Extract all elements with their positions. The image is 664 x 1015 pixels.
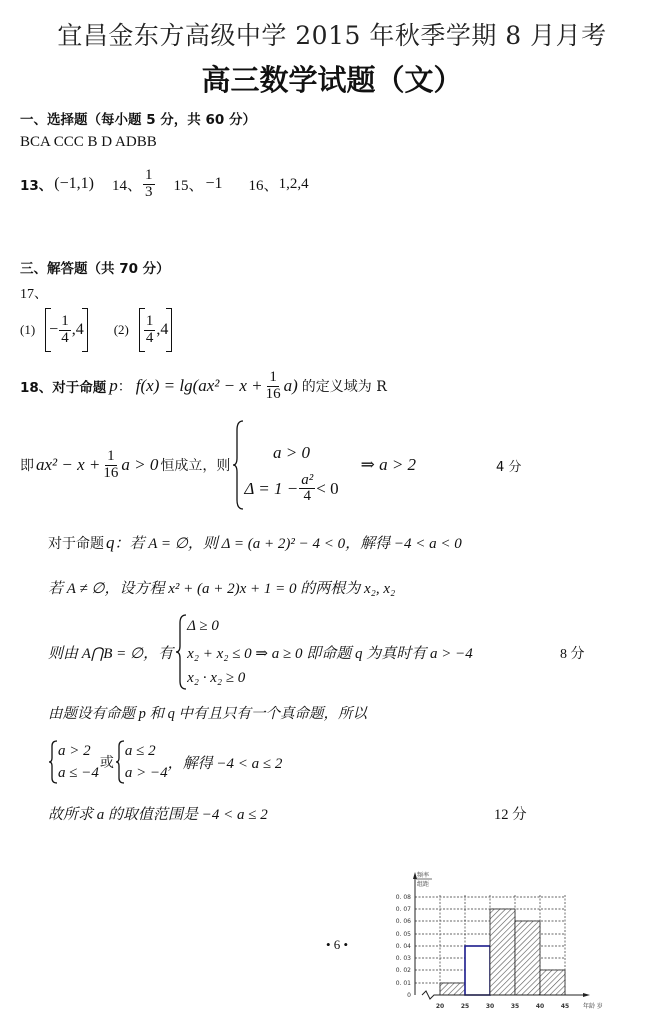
score-12: 12 分 [494,803,527,824]
q17-answers: (1) − 14 ,4 (2) 14 ,4 [20,308,172,352]
choice-answers: BCA CCC B D ADBB [20,134,157,151]
bar-25-30-highlighted [465,946,490,995]
q18-system-p: a > 0 Δ = 1 − a²4 < 0 [232,420,338,510]
q18-one-sixteenth: 116 [264,370,283,403]
svg-text:45: 45 [561,1003,569,1010]
bar-40-45 [540,970,565,995]
exam-subtitle: 高三数学试题（文） [0,58,664,99]
svg-text:0. 05: 0. 05 [396,931,411,938]
svg-text:25: 25 [461,1003,469,1010]
page-number: • 6 • [326,937,348,953]
x-tick-labels: 20 25 30 35 40 45 [436,1003,569,1010]
q17-part2-interval: 14 ,4 [139,308,173,352]
y-axis-label-top: 频率 [417,871,429,879]
q18-system-q: Δ ≥ 0 x₂ + x₂ ≤ 0 ⇒ a ≥ 0 即命题 q 为真时有 a >… [175,614,473,690]
system-b: a ≤ 2 a > −4 [115,740,168,784]
section3-heading: 三、解答题（共 70 分） [20,257,170,277]
bar-30-35 [490,909,515,995]
system-a: a > 2 a ≤ −4 [48,740,99,784]
q16-value: 1,2,4 [279,176,309,193]
score-8: 8 分 [560,643,585,663]
svg-text:30: 30 [486,1003,494,1010]
q17-part2-label: (2) [114,322,129,338]
q17-label: 17、 [20,283,48,303]
score-4: 4 分 [496,456,521,475]
svg-text:40: 40 [536,1003,544,1010]
q17-part1-interval: − 14 ,4 [45,308,88,352]
y-tick-labels: 0. 08 0. 07 0. 06 0. 05 0. 04 0. 03 0. 0… [396,894,411,999]
q15-value: −1 [206,175,223,193]
svg-text:0. 03: 0. 03 [396,955,411,962]
q17-part1-label: (1) [20,322,35,338]
x-axis-arrow-icon [583,993,590,997]
exam-title: 宜昌金东方高级中学 2015 年秋季学期 8 月月考 [0,16,664,52]
q18-line1: 18、对于命题 p ： f(x) = lg(ax² − x + 116 a) 的… [20,370,387,403]
q18-line2: 即 ax² − x + 116 a > 0 恒成立，则 a > 0 Δ = 1 … [20,420,416,510]
left-brace-icon [175,614,187,690]
age-histogram: 频率 组距 0. 08 0. 07 0. 06 0. 05 0. 04 0. 0… [380,868,612,1015]
q14-fraction: 1 3 [143,168,155,201]
svg-text:0. 06: 0. 06 [396,918,411,925]
q15-label: 15、 [174,174,204,195]
svg-text:20: 20 [436,1003,444,1010]
bar-35-40 [515,921,540,995]
left-brace-icon [48,740,58,784]
q18-line6: 由题设有命题 p 和 q 中有且只有一个真命题，所以 [48,702,367,723]
svg-text:35: 35 [511,1003,519,1010]
y-axis-label-bottom: 组距 [417,880,429,888]
q18-line8: 故所求 a 的取值范围是 −4 < a ≤ 2 [48,803,268,824]
q18-line4: 若 A ≠ ∅，设方程 x² + (a + 2)x + 1 = 0 的两根为 x… [48,577,395,598]
svg-text:0. 08: 0. 08 [396,894,411,901]
section1-heading: 一、选择题（每小题 5 分，共 60 分） [20,108,256,128]
q18-line3: 对于命题 q ：若 A = ∅，则 Δ = (a + 2)² − 4 < 0，解… [48,532,462,553]
fill-answers-row: 13、 (−1,1) 14、 1 3 15、 −1 16、 1,2,4 [20,168,309,201]
q18-line7: a > 2 a ≤ −4 或 a ≤ 2 a > −4 ，解得 −4 < a ≤… [48,740,282,784]
bar-20-25 [440,983,465,995]
q13-label: 13、 [20,174,52,194]
svg-text:0. 07: 0. 07 [396,906,411,913]
svg-text:0. 02: 0. 02 [396,967,411,974]
svg-text:0. 01: 0. 01 [396,980,411,987]
left-brace-icon [115,740,125,784]
svg-text:0. 04: 0. 04 [396,943,411,950]
q18-line5: 则由 A⋂B = ∅，有 Δ ≥ 0 x₂ + x₂ ≤ 0 ⇒ a ≥ 0 即… [48,614,473,690]
q13-value: (−1,1) [54,175,94,193]
svg-text:0: 0 [407,992,411,999]
q16-label: 16、 [249,174,279,195]
left-brace-icon [232,420,244,510]
q14-label: 14、 [112,174,142,195]
x-axis-label: 年龄 岁 [583,1002,603,1010]
